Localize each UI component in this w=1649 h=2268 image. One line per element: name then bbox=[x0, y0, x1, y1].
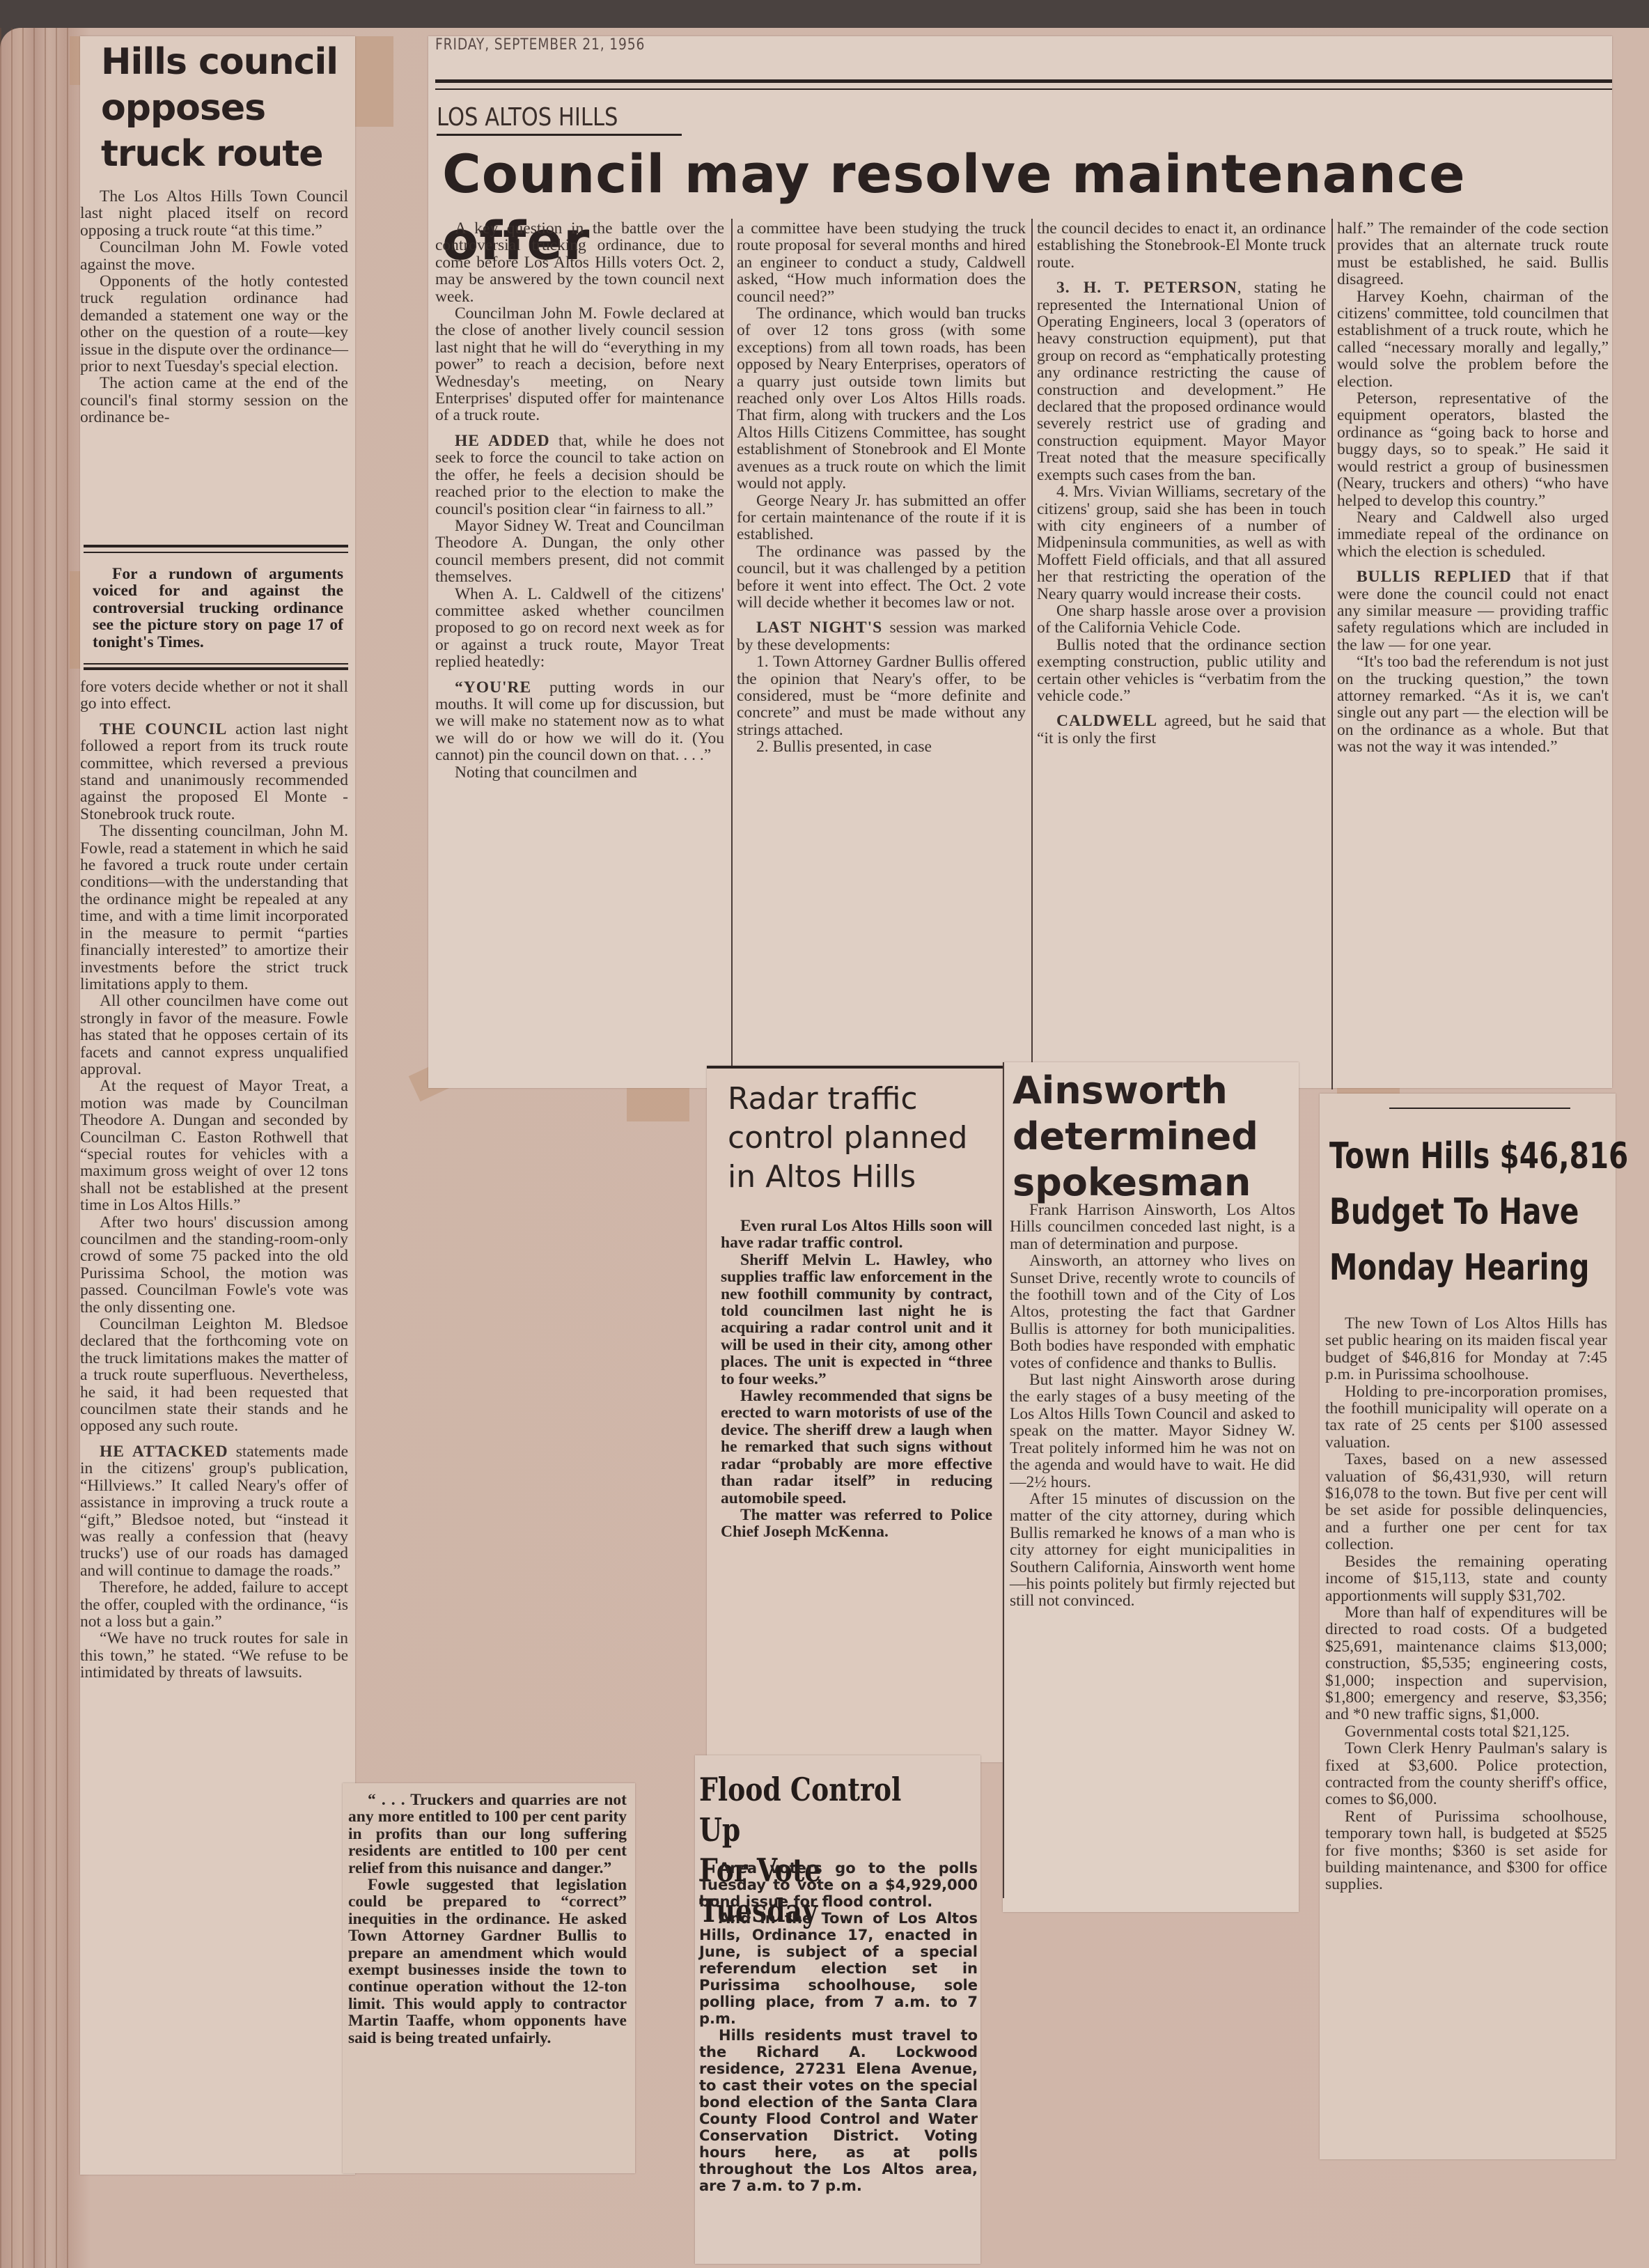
paragraph: Bullis noted that the ordinance section … bbox=[1037, 637, 1326, 705]
paragraph: Even rural Los Altos Hills soon will hav… bbox=[721, 1218, 992, 1252]
paragraph: Frank Harrison Ainsworth, Los Altos Hill… bbox=[1010, 1202, 1295, 1252]
divider bbox=[1389, 1108, 1570, 1109]
paragraph: Sheriff Melvin L. Hawley, who supplies t… bbox=[721, 1252, 992, 1388]
clipping-flood-control: Flood Control Up For Vote Tuesday Area v… bbox=[695, 1755, 980, 2264]
paragraph: a committee have been studying the truck… bbox=[737, 220, 1026, 305]
paragraph: After two hours' discussion among counci… bbox=[80, 1214, 348, 1316]
paragraph: Fowle suggested that legislation could b… bbox=[348, 1877, 627, 2046]
paragraph: A key question in the battle over the co… bbox=[435, 220, 724, 305]
maintenance-column-2: a committee have been studying the truck… bbox=[737, 220, 1026, 756]
paragraph: The dissenting councilman, John M. Fowle… bbox=[80, 823, 348, 993]
clipping-hills-council-continued: “ . . . Truckers and quarries are not an… bbox=[343, 1783, 635, 2173]
headline-hills-council: Hills council opposes truck route bbox=[101, 39, 338, 177]
clipping-hills-council: Hills council opposes truck route The Lo… bbox=[80, 36, 355, 2175]
divider bbox=[84, 667, 348, 670]
paragraph: Noting that councilmen and bbox=[435, 764, 724, 781]
divider bbox=[707, 1066, 1003, 1069]
paragraph: BULLIS REPLIED that if that were done th… bbox=[1337, 568, 1609, 653]
paragraph: Neary and Caldwell also urged immediate … bbox=[1337, 509, 1609, 560]
paragraph: After 15 minutes of discussion on the ma… bbox=[1010, 1491, 1295, 1610]
masthead-rule bbox=[435, 79, 1612, 83]
paragraph: Area voters go to the polls Tuesday to v… bbox=[699, 1860, 978, 1910]
paragraph: “ . . . Truckers and quarries are not an… bbox=[348, 1792, 627, 1877]
paragraph: “YOU'RE putting words in our mouths. It … bbox=[435, 679, 724, 764]
section-label: LOS ALTOS HILLS bbox=[437, 103, 618, 132]
budget-body: The new Town of Los Altos Hills has set … bbox=[1325, 1315, 1607, 1893]
paragraph: And in the Town of Los Altos Hills, Ordi… bbox=[699, 1910, 978, 2027]
paragraph-lead: LAST NIGHT'S bbox=[756, 619, 882, 637]
paragraph: the council decides to enact it, an ordi… bbox=[1037, 220, 1326, 271]
paragraph: At the request of Mayor Treat, a motion … bbox=[80, 1078, 348, 1213]
paragraph: The matter was referred to Police Chief … bbox=[721, 1507, 992, 1541]
paragraph: Councilman Leighton M. Bledsoe declared … bbox=[80, 1316, 348, 1435]
paragraph: Hawley recommended that signs be erected… bbox=[721, 1388, 992, 1507]
paragraph: THE COUNCIL action last night followed a… bbox=[80, 721, 348, 823]
paragraph: Town Clerk Henry Paulman's salary is fix… bbox=[1325, 1740, 1607, 1808]
paragraph: The action came at the end of the counci… bbox=[80, 375, 348, 426]
column-rule bbox=[1331, 219, 1333, 1089]
divider bbox=[84, 552, 348, 553]
headline-ainsworth: Ainsworth determined spokesman bbox=[1013, 1068, 1258, 1206]
section-underline bbox=[437, 134, 682, 136]
masthead-rule bbox=[435, 88, 1612, 90]
paragraph: Taxes, based on a new assessed valuation… bbox=[1325, 1451, 1607, 1553]
paragraph: “It's too bad the referendum is not just… bbox=[1337, 653, 1609, 755]
paragraph: The new Town of Los Altos Hills has set … bbox=[1325, 1315, 1607, 1383]
page-edges bbox=[0, 28, 77, 2268]
paragraph: But last night Ainsworth arose during th… bbox=[1010, 1372, 1295, 1491]
paragraph: Mayor Sidney W. Treat and Councilman The… bbox=[435, 518, 724, 586]
paragraph: 3. H. T. PETERSON, stating he represente… bbox=[1037, 279, 1326, 483]
paragraph: Therefore, he added, failure to accept t… bbox=[80, 1579, 348, 1630]
maintenance-column-1: A key question in the battle over the co… bbox=[435, 220, 724, 781]
paragraph: The ordinance, which would ban trucks of… bbox=[737, 305, 1026, 492]
continuation-body: “ . . . Truckers and quarries are not an… bbox=[348, 1792, 627, 2046]
paragraph-lead: HE ADDED bbox=[455, 432, 550, 450]
paragraph: 1. Town Attorney Gardner Bullis offered … bbox=[737, 653, 1026, 738]
paragraph: George Neary Jr. has submitted an offer … bbox=[737, 492, 1026, 543]
paragraph: Governmental costs total $21,125. bbox=[1325, 1723, 1607, 1740]
paragraph: One sharp hassle arose over a provision … bbox=[1037, 603, 1326, 637]
paragraph: HE ADDED that, while he does not seek to… bbox=[435, 433, 724, 518]
radar-body: Even rural Los Altos Hills soon will hav… bbox=[721, 1218, 992, 1541]
paragraph: When A. L. Caldwell of the citizens' com… bbox=[435, 586, 724, 671]
paragraph: Harvey Koehn, chairman of the citizens' … bbox=[1337, 288, 1609, 390]
paragraph-lead: BULLIS REPLIED bbox=[1357, 568, 1512, 586]
paragraph: Opponents of the hotly contested truck r… bbox=[80, 273, 348, 375]
clipping-ainsworth: Ainsworth determined spokesman Frank Har… bbox=[1003, 1062, 1299, 1912]
column-rule bbox=[731, 219, 733, 1089]
paragraph-lead: CALDWELL bbox=[1056, 712, 1157, 730]
ainsworth-body: Frank Harrison Ainsworth, Los Altos Hill… bbox=[1010, 1202, 1295, 1610]
column-rule bbox=[1031, 219, 1033, 1089]
maintenance-column-3: the council decides to enact it, an ordi… bbox=[1037, 220, 1326, 747]
paragraph-lead: “YOU'RE bbox=[455, 678, 531, 697]
paragraph: Councilman John M. Fowle declared at the… bbox=[435, 305, 724, 424]
hills-council-body-top: The Los Altos Hills Town Council last ni… bbox=[80, 188, 348, 426]
picture-story-note: For a rundown of arguments voiced for an… bbox=[93, 566, 343, 651]
paragraph: Hills residents must travel to the Richa… bbox=[699, 2027, 978, 2194]
paragraph: half.” The remainder of the code section… bbox=[1337, 220, 1609, 288]
paragraph: 4. Mrs. Vivian Williams, secretary of th… bbox=[1037, 483, 1326, 603]
flood-control-body: Area voters go to the polls Tuesday to v… bbox=[699, 1860, 978, 2194]
paragraph: LAST NIGHT'S session was marked by these… bbox=[737, 619, 1026, 653]
paragraph: fore voters decide whether or not it sha… bbox=[80, 678, 348, 713]
paragraph: Besides the remaining operating income o… bbox=[1325, 1553, 1607, 1604]
paragraph: 2. Bullis presented, in case bbox=[737, 738, 1026, 755]
paragraph-lead: HE ATTACKED bbox=[100, 1443, 228, 1461]
maintenance-column-4: half.” The remainder of the code section… bbox=[1337, 220, 1609, 756]
paragraph: CALDWELL agreed, but he said that “it is… bbox=[1037, 713, 1326, 747]
paragraph: “We have no truck routes for sale in thi… bbox=[80, 1630, 348, 1681]
paragraph: The ordinance was passed by the council,… bbox=[737, 543, 1026, 612]
dateline: FRIDAY, SEPTEMBER 21, 1956 bbox=[435, 36, 645, 54]
paragraph-lead: 3. H. T. PETERSON bbox=[1056, 279, 1237, 297]
divider bbox=[84, 663, 348, 665]
paragraph: The Los Altos Hills Town Council last ni… bbox=[80, 188, 348, 239]
hills-council-body-bottom: fore voters decide whether or not it sha… bbox=[80, 678, 348, 1681]
paragraph: Councilman John M. Fowle voted against t… bbox=[80, 239, 348, 273]
clipping-budget: Town Hills $46,816 Budget To Have Monday… bbox=[1320, 1094, 1616, 2159]
paragraph: Rent of Purissima schoolhouse, temporary… bbox=[1325, 1808, 1607, 1893]
clipping-radar: Radar traffic control planned in Altos H… bbox=[707, 1066, 1003, 1762]
headline-budget: Town Hills $46,816 Budget To Have Monday… bbox=[1329, 1128, 1628, 1296]
paragraph: More than half of expenditures will be d… bbox=[1325, 1604, 1607, 1723]
paragraph: Ainsworth, an attorney who lives on Suns… bbox=[1010, 1252, 1295, 1372]
paragraph: Peterson, representative of the equipmen… bbox=[1337, 390, 1609, 509]
paragraph: All other councilmen have come out stron… bbox=[80, 993, 348, 1078]
headline-radar: Radar traffic control planned in Altos H… bbox=[728, 1080, 967, 1197]
paragraph: Holding to pre-incorporation promises, t… bbox=[1325, 1383, 1607, 1452]
paragraph-lead: THE COUNCIL bbox=[100, 720, 227, 738]
divider bbox=[84, 545, 348, 547]
paragraph: HE ATTACKED statements made in the citiz… bbox=[80, 1443, 348, 1579]
column-rule bbox=[1003, 1062, 1004, 1898]
clipping-maintenance-offer: FRIDAY, SEPTEMBER 21, 1956 LOS ALTOS HIL… bbox=[428, 36, 1612, 1088]
